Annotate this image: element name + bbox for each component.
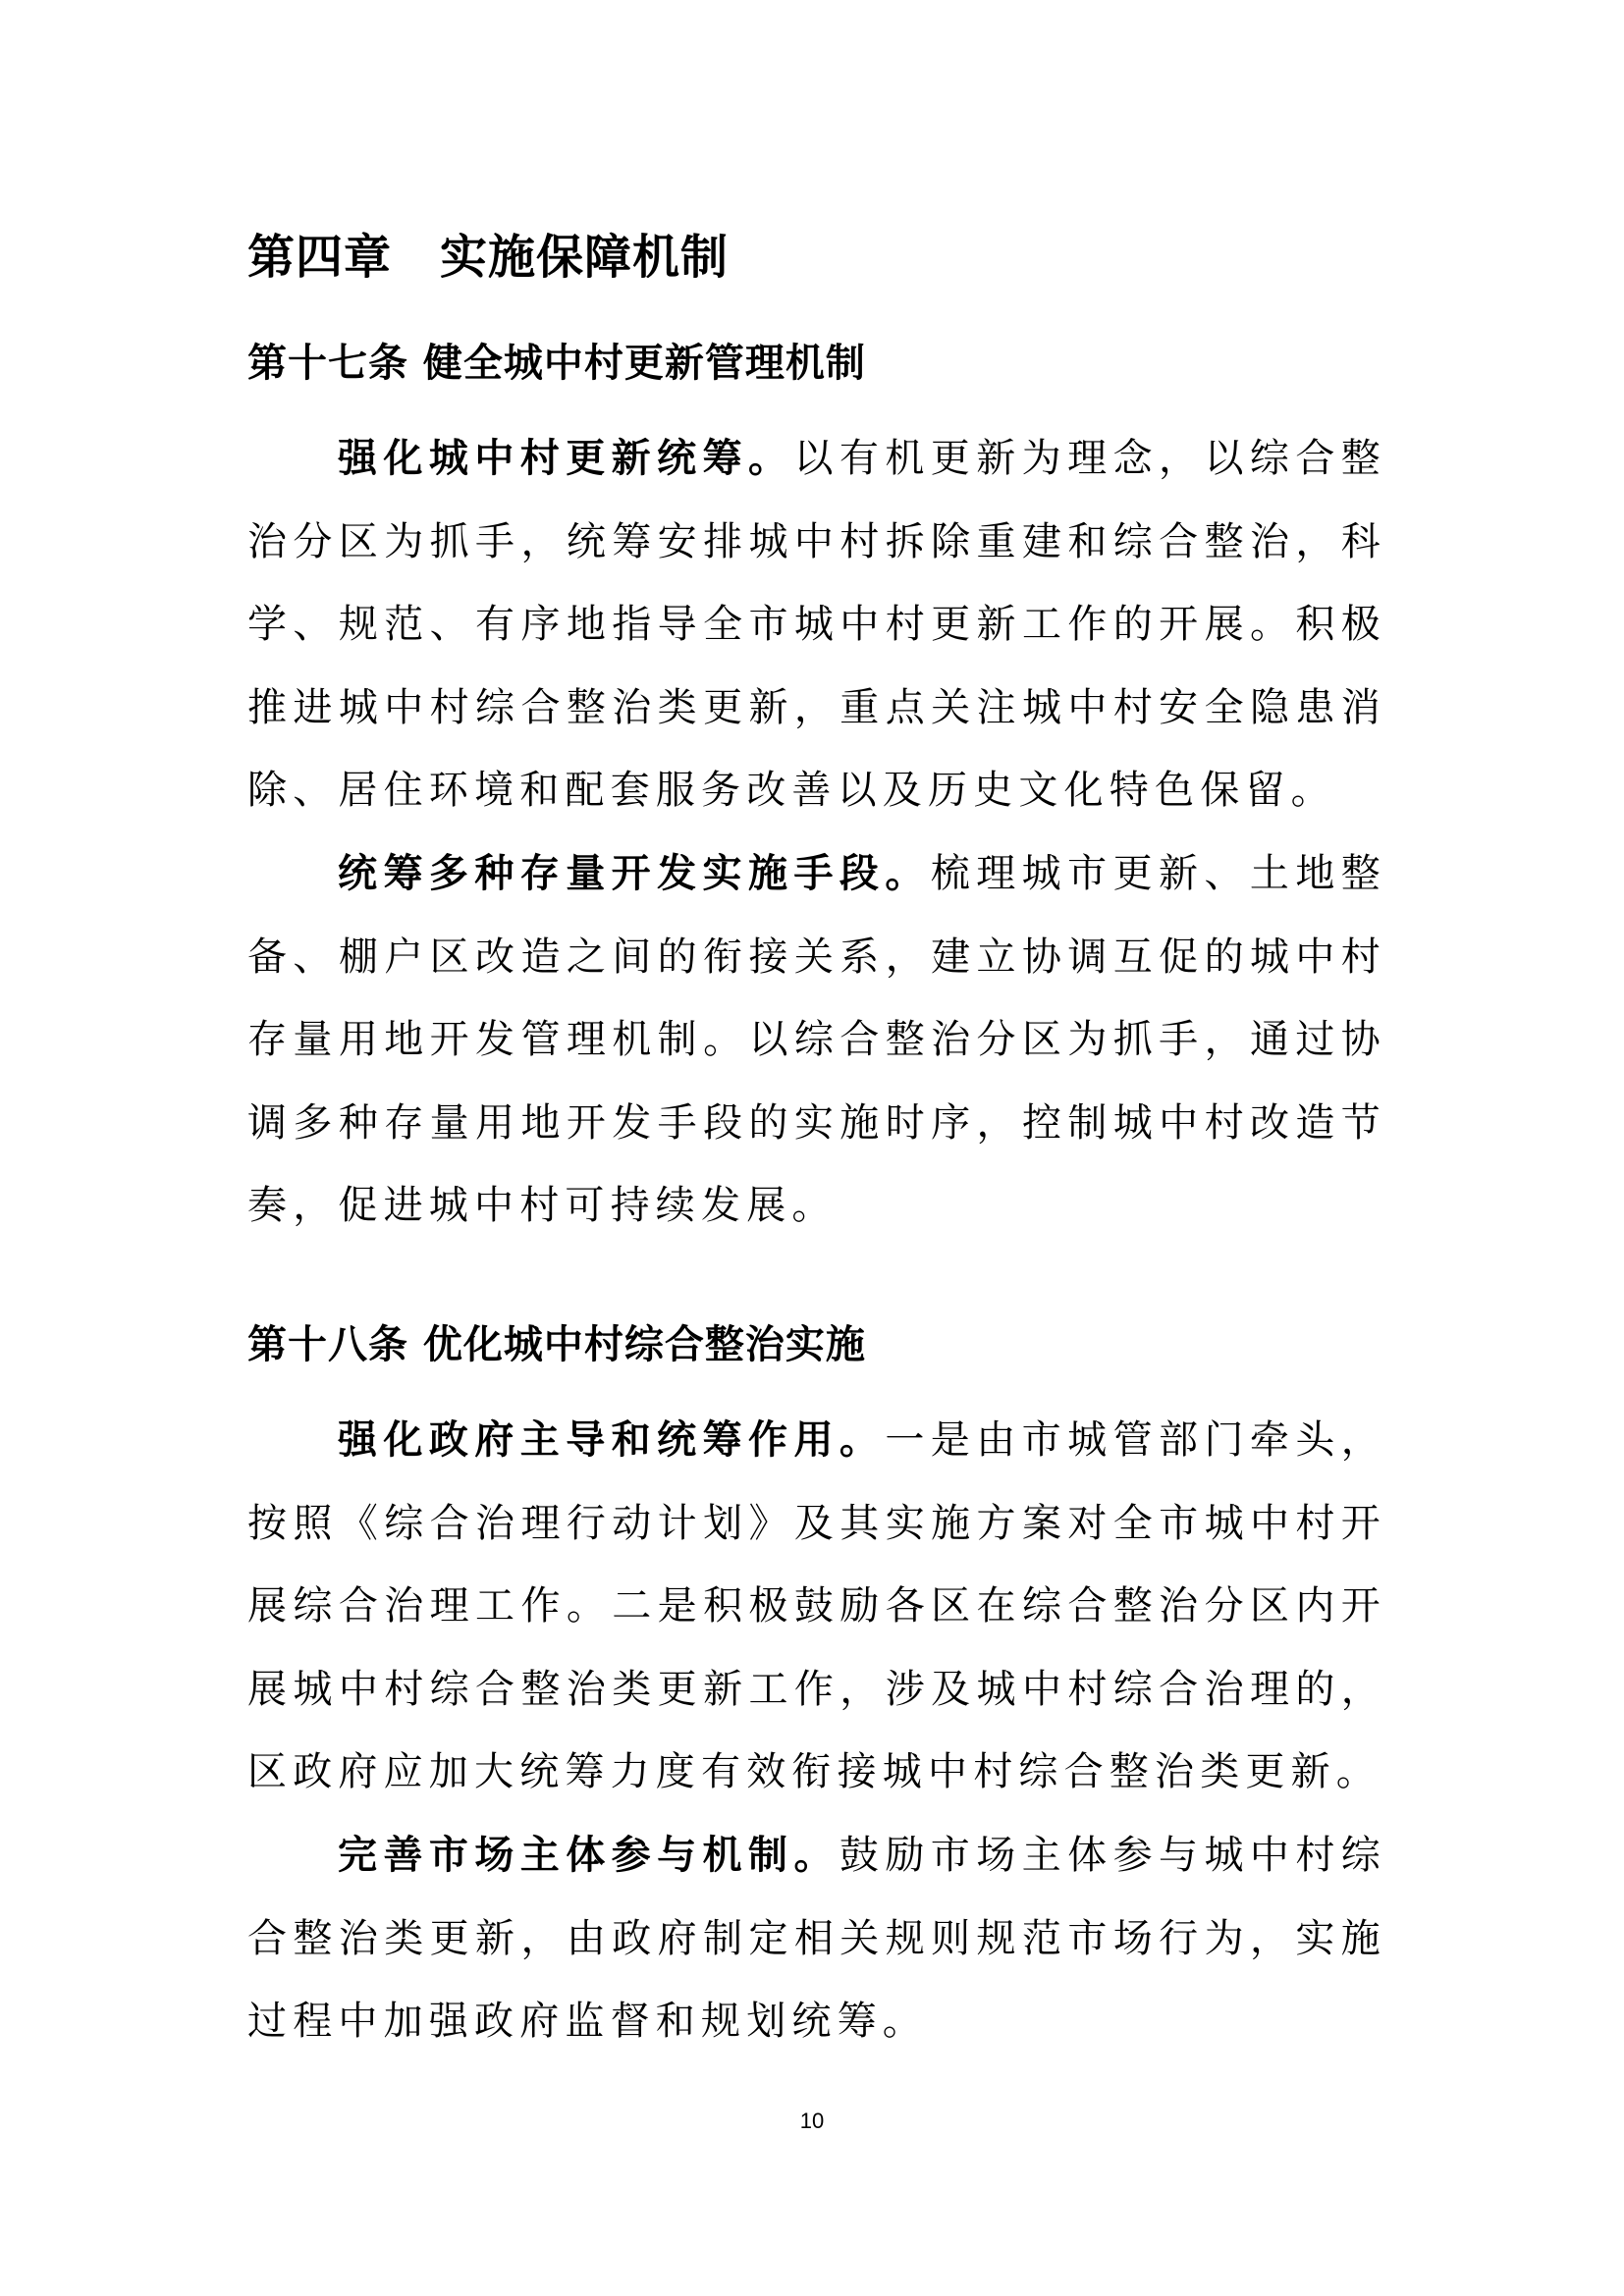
article-18-title: 第十八条 优化城中村综合整治实施 <box>247 1319 866 1370</box>
paragraph-stock-development-means: 统筹多种存量开发实施手段。梳理城市更新、土地整备、棚户区改造之间的衔接关系，建立… <box>247 832 1386 1248</box>
paragraph-lead: 强化城中村更新统筹。 <box>338 436 793 481</box>
paragraph-lead: 统筹多种存量开发实施手段。 <box>338 851 931 896</box>
paragraph-government-leadership: 强化政府主导和统筹作用。一是由市城管部门牵头，按照《综合治理行动计划》及其实施方… <box>247 1399 1386 1814</box>
paragraph-lead: 完善市场主体参与机制。 <box>338 1833 839 1878</box>
paragraph-body: 以有机更新为理念，以综合整治分区为抓手，统筹安排城中村拆除重建和综合整治，科学、… <box>247 436 1386 813</box>
paragraph-market-participation: 完善市场主体参与机制。鼓励市场主体参与城中村综合整治类更新，由政府制定相关规则规… <box>247 1814 1386 2063</box>
paragraph-urban-village-renewal-coordination: 强化城中村更新统筹。以有机更新为理念，以综合整治分区为抓手，统筹安排城中村拆除重… <box>247 417 1386 832</box>
chapter-title: 第四章 实施保障机制 <box>247 228 729 287</box>
paragraph-body: 一是由市城管部门牵头，按照《综合治理行动计划》及其实施方案对全市城中村开展综合治… <box>247 1417 1386 1794</box>
paragraph-body: 梳理城市更新、土地整备、棚户区改造之间的衔接关系，建立协调互促的城中村存量用地开… <box>247 851 1386 1228</box>
page-number: 10 <box>0 2109 1624 2134</box>
article-17-title: 第十七条 健全城中村更新管理机制 <box>247 338 866 389</box>
paragraph-lead: 强化政府主导和统筹作用。 <box>338 1417 885 1463</box>
